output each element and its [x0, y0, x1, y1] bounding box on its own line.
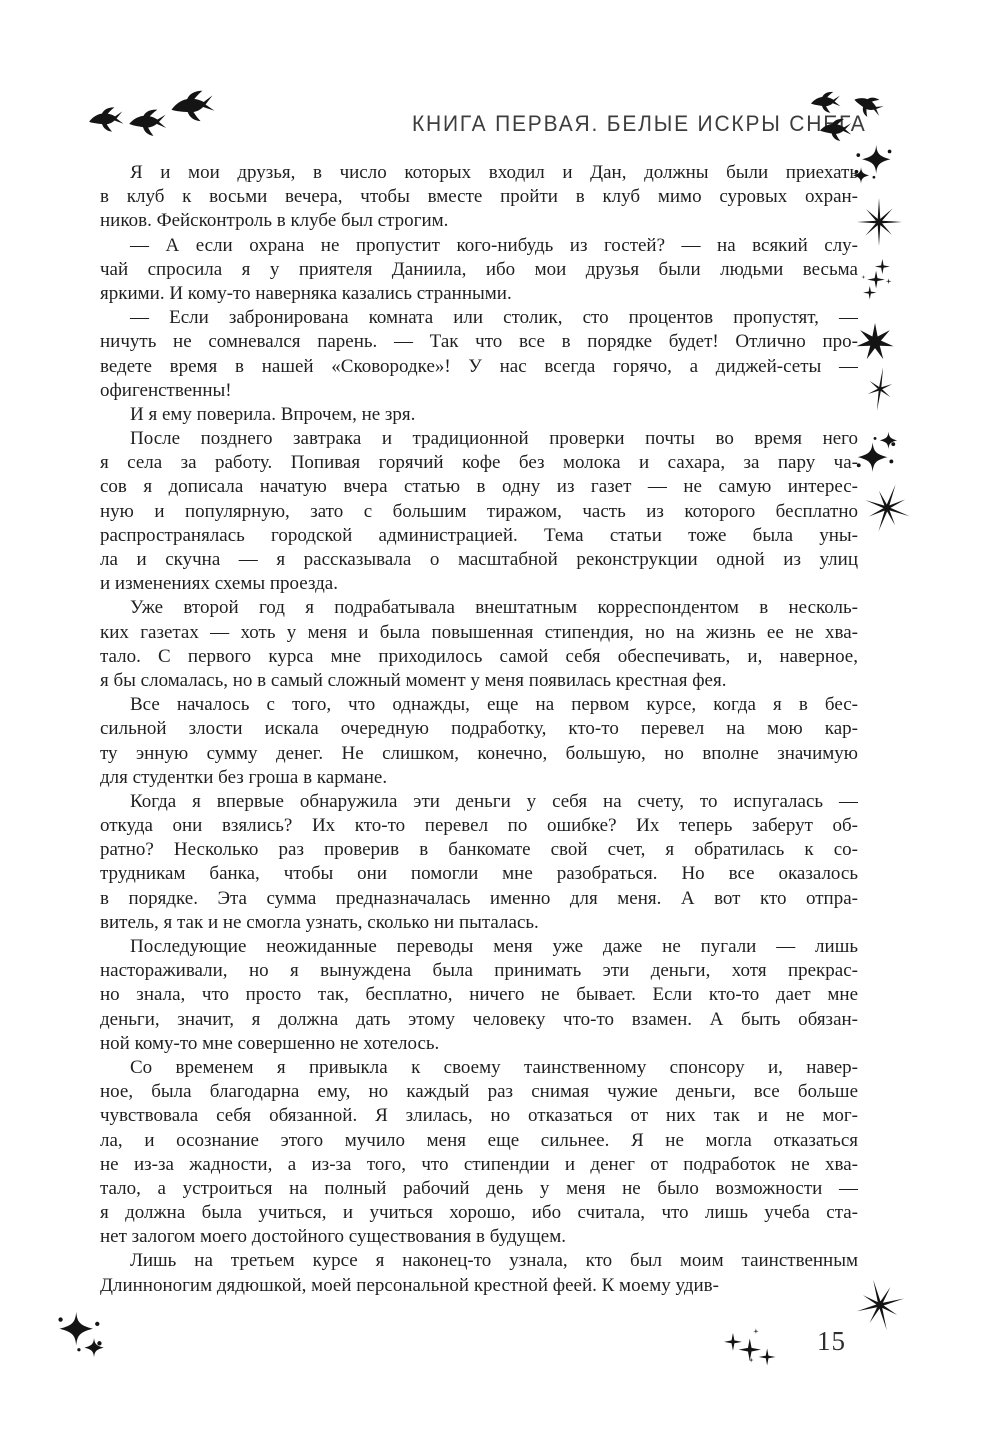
text-line: — А если охрана не пропустит кого-нибудь… — [100, 234, 858, 258]
text-line: ту энную сумму денег. Не слишком, конечн… — [100, 742, 858, 766]
text-line: распространялась городской администрацие… — [100, 524, 858, 548]
starburst-icon — [855, 476, 919, 540]
text-line: ную и популярную, зато с большим тиражом… — [100, 500, 858, 524]
text-line: чай спросила я у приятеля Даниила, ибо м… — [100, 258, 858, 282]
text-line: Когда я впервые обнаружила эти деньги у … — [100, 790, 858, 814]
text-line: Со временем я привыкла к своему таинстве… — [100, 1056, 858, 1080]
text-line: ной кому-то мне совершенно не хотелось. — [100, 1032, 858, 1056]
six-point-star-icon — [855, 363, 905, 415]
text-line: офигенственны! — [100, 379, 858, 403]
text-line: сов я дописала начатую вчера статью в од… — [100, 475, 858, 499]
book-page: КНИГА ПЕРВАЯ. БЕЛЫЕ ИСКРЫ СНЕГА Я и мои … — [0, 0, 986, 1447]
paragraph: Со временем я привыкла к своему таинстве… — [100, 1056, 858, 1250]
text-line: ла, и осознание этого мучило меня еще си… — [100, 1129, 858, 1153]
text-line: я бы сломалась, но в самый сложный момен… — [100, 669, 858, 693]
text-line: нет залогом моего достойного существован… — [100, 1225, 858, 1249]
text-line: ников. Фейсконтроль в клубе был строгим. — [100, 209, 858, 233]
swallow-icon — [818, 118, 853, 143]
starburst-icon — [855, 198, 903, 246]
text-line: Я и мои друзья, в число которых входил и… — [100, 161, 858, 185]
page-number: 15 — [817, 1326, 846, 1357]
text-line: не из-за жадности, а из-за того, что сти… — [100, 1153, 858, 1177]
running-header: КНИГА ПЕРВАЯ. БЕЛЫЕ ИСКРЫ СНЕГА — [412, 112, 867, 137]
text-line: тало, а устроиться на полный рабочий ден… — [100, 1177, 858, 1201]
text-line: тало. С первого курса мне приходилось са… — [100, 645, 858, 669]
text-line: и изменениях схемы проезда. — [100, 572, 858, 596]
text-line: ничуть не сомневался парень. — Так что в… — [100, 330, 858, 354]
text-line: ратно? Несколько раз проверив в банкомат… — [100, 838, 858, 862]
paragraph: — А если охрана не пропустит кого-нибудь… — [100, 234, 858, 307]
text-line: трудникам банка, чтобы они помогли мне р… — [100, 862, 858, 886]
paragraph: Все началось с того, что однажды, еще на… — [100, 693, 858, 790]
text-line: чувствовала себя обязанной. Я злилась, н… — [100, 1104, 858, 1128]
text-line: ла и скучна — я рассказывала о масштабно… — [100, 548, 858, 572]
text-line: Длинноногим дядюшкой, моей персональной … — [100, 1274, 858, 1298]
text-line: Уже второй год я подрабатывала внештатны… — [100, 596, 858, 620]
text-line: яркими. И кому-то наверняка казались стр… — [100, 282, 858, 306]
text-line: Все началось с того, что однажды, еще на… — [100, 693, 858, 717]
swallow-icon — [86, 106, 125, 136]
body-text: Я и мои друзья, в число которых входил и… — [100, 161, 858, 1298]
text-line: я села за работу. Попивая горячий кофе б… — [100, 451, 858, 475]
text-line: я должна была учиться, и учиться хорошо,… — [100, 1201, 858, 1225]
text-line: для студентки без гроша в кармане. — [100, 766, 858, 790]
text-line: деньги, значит, я должна дать этому чело… — [100, 1008, 858, 1032]
quad-stars-icon — [858, 255, 900, 305]
text-line: но знала, что просто так, бесплатно, нич… — [100, 983, 858, 1007]
sparkle-cluster-icon — [852, 424, 900, 472]
text-line: ких газетах — хоть у меня и была повышен… — [100, 621, 858, 645]
text-line: ное, была благодарна ему, но каждый раз … — [100, 1080, 858, 1104]
swallow-icon — [809, 90, 842, 115]
swallow-icon — [127, 108, 168, 138]
triple-stars-icon — [724, 1328, 780, 1368]
paragraph: — Если забронирована комната или столик,… — [100, 306, 858, 403]
text-line: витель, я так и не смогла узнать, скольк… — [100, 911, 858, 935]
text-line: После позднего завтрака и традиционной п… — [100, 427, 858, 451]
text-line: в порядке. Эта сумма предназначалась име… — [100, 887, 858, 911]
text-line: настораживали, но я вынуждена была прини… — [100, 959, 858, 983]
text-line: сильной злости искала очередную подработ… — [100, 717, 858, 741]
swallow-icon — [168, 88, 218, 126]
text-line: Лишь на третьем курсе я наконец-то узнал… — [100, 1249, 858, 1273]
text-line: Последующие неожиданные переводы меня уж… — [100, 935, 858, 959]
paragraph: Я и мои друзья, в число которых входил и… — [100, 161, 858, 234]
paragraph: Последующие неожиданные переводы меня уж… — [100, 935, 858, 1056]
paragraph: После позднего завтрака и традиционной п… — [100, 427, 858, 596]
paragraph: И я ему поверила. Впрочем, не зря. — [100, 403, 858, 427]
text-line: И я ему поверила. Впрочем, не зря. — [100, 403, 858, 427]
text-line: — Если забронирована комната или столик,… — [100, 306, 858, 330]
seven-point-star-icon — [856, 323, 894, 361]
sparkle-cluster-icon — [50, 1312, 110, 1366]
paragraph: Уже второй год я подрабатывала внештатны… — [100, 596, 858, 693]
text-line: ведете время в нашей «Сковородке»! У нас… — [100, 355, 858, 379]
paragraph: Когда я впервые обнаружила эти деньги у … — [100, 790, 858, 935]
text-line: откуда они взялись? Их кто-то перевел по… — [100, 814, 858, 838]
paragraph: Лишь на третьем курсе я наконец-то узнал… — [100, 1249, 858, 1297]
text-line: в клуб к восьми вечера, чтобы вместе про… — [100, 185, 858, 209]
